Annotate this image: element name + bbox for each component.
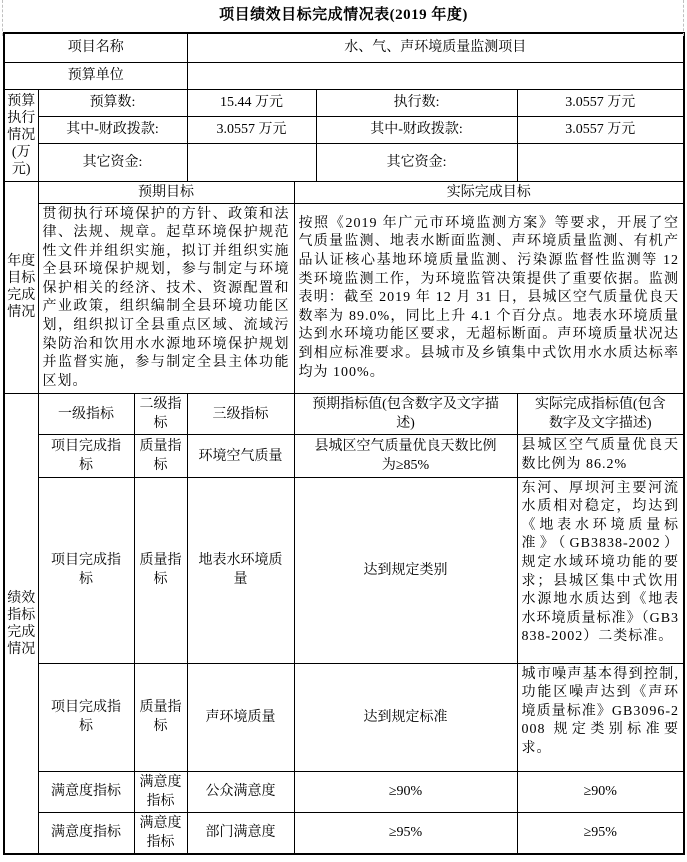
project-name-value-cell: 水、气、声环境质量监测项目 xyxy=(187,33,684,62)
indicator-level1-cell: 项目完成指 标 xyxy=(38,435,134,477)
budget-value-cell: 3.0557 万元 xyxy=(517,116,684,143)
indicator-level1-cell: 项目完成指 标 xyxy=(38,477,134,663)
expected-goal-text-cell: 贯彻执行环境保护的方针、政策和法律、法规、规章。起草环境保护规范性文件并组织实施… xyxy=(38,203,294,394)
indicator-level2-cell: 质量指 标 xyxy=(134,477,187,663)
table-row: 满意度指标 满意度 指标 部门满意度 ≥95% ≥95% xyxy=(4,812,684,854)
expected-goal-header-cell: 预期目标 xyxy=(38,181,294,203)
table-row: 项目完成指 标 质量指 标 声环境质量 达到规定标准 城市噪声基本得到控制,功能… xyxy=(4,663,684,771)
document-page: 项目绩效目标完成情况表(2019 年度) 项目名称 水、气、声环境质量监测项目 … xyxy=(0,0,687,862)
table-row: 满意度指标 满意度 指标 公众满意度 ≥90% ≥90% xyxy=(4,771,684,812)
indicator-expected-cell: ≥95% xyxy=(294,812,517,854)
indicator-level3-cell: 公众满意度 xyxy=(187,771,294,812)
actual-goal-header-cell: 实际完成目标 xyxy=(294,181,684,203)
indicator-level3-cell: 声环境质量 xyxy=(187,663,294,771)
budget-label-cell: 执行数: xyxy=(316,89,517,116)
indicator-level3-cell: 地表水环境质 量 xyxy=(187,477,294,663)
indicator-header-cell: 二级指 标 xyxy=(134,394,187,435)
project-name-label-cell: 项目名称 xyxy=(4,33,187,62)
indicator-level2-cell: 质量指 标 xyxy=(134,663,187,771)
indicator-level3-cell: 部门满意度 xyxy=(187,812,294,854)
indicator-header-cell: 实际完成指标值(包含 数字及文字描述) xyxy=(517,394,684,435)
page-title: 项目绩效目标完成情况表(2019 年度) xyxy=(0,0,687,32)
indicator-actual-cell: ≥95% xyxy=(517,812,684,854)
page-boundary-mark-right xyxy=(683,0,684,36)
indicator-header-cell: 一级指标 xyxy=(38,394,134,435)
indicator-level2-cell: 满意度 指标 xyxy=(134,771,187,812)
indicator-header-cell: 三级指标 xyxy=(187,394,294,435)
indicator-level1-cell: 项目完成指 标 xyxy=(38,663,134,771)
annual-goal-section-vertical-label: 年度 目标 完成 情况 xyxy=(4,181,38,394)
indicator-expected-cell: 县城区空气质量优良天数比例 为≥85% xyxy=(294,435,517,477)
performance-report-table: 项目名称 水、气、声环境质量监测项目 预算单位 预算 执行 情况 (万 元) 预… xyxy=(3,32,685,855)
budget-label-cell: 其中-财政拨款: xyxy=(316,116,517,143)
actual-goal-text-cell: 按照《2019 年广元市环境监测方案》等要求，开展了空气质量监测、地表水断面监测… xyxy=(294,203,684,394)
indicator-expected-cell: 达到规定标准 xyxy=(294,663,517,771)
page-boundary-mark-left xyxy=(2,0,3,36)
budget-label-cell: 预算数: xyxy=(38,89,187,116)
table-row: 年度 目标 完成 情况 预期目标 实际完成目标 xyxy=(4,181,684,203)
indicator-level1-cell: 满意度指标 xyxy=(38,771,134,812)
budget-value-cell: 3.0557 万元 xyxy=(517,89,684,116)
indicator-header-cell: 预期指标值(包含数字及文字描 述) xyxy=(294,394,517,435)
table-row: 绩效 指标 完成 情况 一级指标 二级指 标 三级指标 预期指标值(包含数字及文… xyxy=(4,394,684,435)
budget-value-cell xyxy=(187,143,316,181)
table-row: 预算单位 xyxy=(4,62,684,89)
indicator-actual-cell: 东河、厚坝河主要河流水质相对稳定，均达到《地表水环境质量标准》（GB3838-2… xyxy=(517,477,684,663)
indicator-level2-cell: 质量指 标 xyxy=(134,435,187,477)
table-row: 项目名称 水、气、声环境质量监测项目 xyxy=(4,33,684,62)
indicator-level1-cell: 满意度指标 xyxy=(38,812,134,854)
indicator-expected-cell: 达到规定类别 xyxy=(294,477,517,663)
indicator-section-vertical-label: 绩效 指标 完成 情况 xyxy=(4,394,38,854)
table-row: 其它资金: 其它资金: xyxy=(4,143,684,181)
budget-unit-value-cell xyxy=(187,62,684,89)
indicator-expected-cell: ≥90% xyxy=(294,771,517,812)
indicator-actual-cell: ≥90% xyxy=(517,771,684,812)
budget-value-cell xyxy=(517,143,684,181)
table-row: 预算 执行 情况 (万 元) 预算数: 15.44 万元 执行数: 3.0557… xyxy=(4,89,684,116)
budget-label-cell: 其它资金: xyxy=(38,143,187,181)
table-row: 贯彻执行环境保护的方针、政策和法律、法规、规章。起草环境保护规范性文件并组织实施… xyxy=(4,203,684,394)
budget-value-cell: 15.44 万元 xyxy=(187,89,316,116)
budget-section-vertical-label: 预算 执行 情况 (万 元) xyxy=(4,89,38,181)
budget-label-cell: 其它资金: xyxy=(316,143,517,181)
table-row: 项目完成指 标 质量指 标 环境空气质量 县城区空气质量优良天数比例 为≥85%… xyxy=(4,435,684,477)
indicator-level2-cell: 满意度 指标 xyxy=(134,812,187,854)
table-row: 其中-财政拨款: 3.0557 万元 其中-财政拨款: 3.0557 万元 xyxy=(4,116,684,143)
budget-value-cell: 3.0557 万元 xyxy=(187,116,316,143)
table-row: 项目完成指 标 质量指 标 地表水环境质 量 达到规定类别 东河、厚坝河主要河流… xyxy=(4,477,684,663)
budget-label-cell: 其中-财政拨款: xyxy=(38,116,187,143)
indicator-level3-cell: 环境空气质量 xyxy=(187,435,294,477)
indicator-actual-cell: 县城区空气质量优良天数比例为 86.2% xyxy=(517,435,684,477)
indicator-actual-cell: 城市噪声基本得到控制,功能区噪声达到《声环境质量标准》GB3096-2008 规… xyxy=(517,663,684,771)
budget-unit-label-cell: 预算单位 xyxy=(4,62,187,89)
